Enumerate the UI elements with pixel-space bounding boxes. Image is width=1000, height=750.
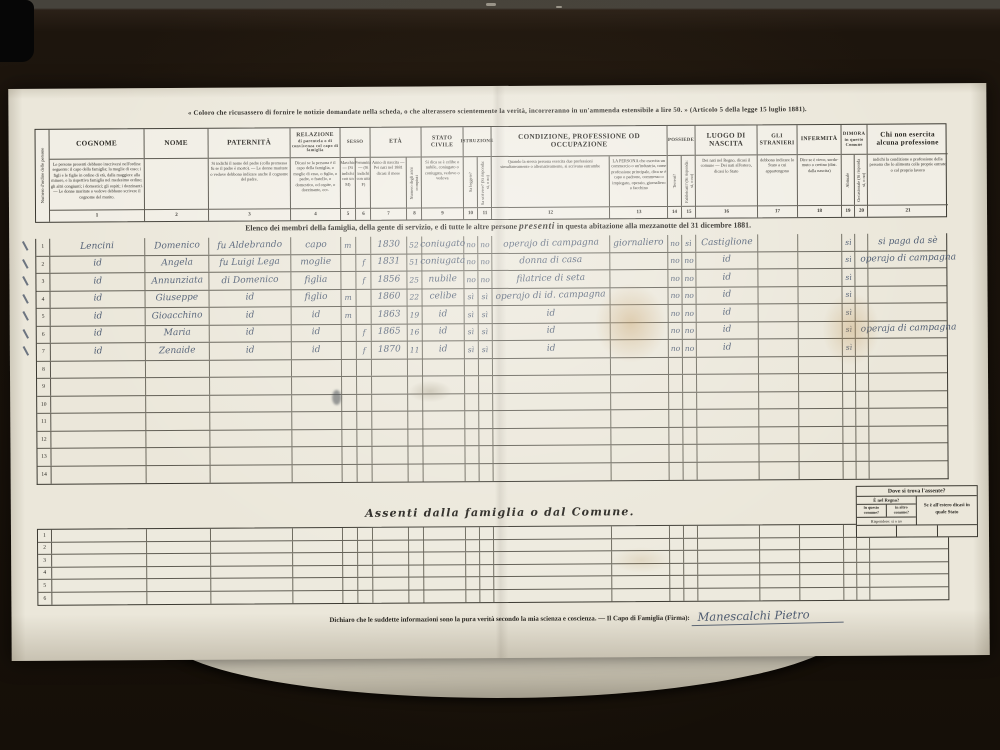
cell [760,550,800,562]
handwritten-entry: donna di casa [519,256,582,266]
cell [800,550,844,562]
cell: id [493,305,611,322]
cell: celibe [422,289,464,306]
cell: sì [843,339,856,356]
margin-ink-tick [22,276,29,286]
cell [493,358,611,375]
cell: 1860 [371,289,407,306]
cell: id [697,339,759,356]
handwritten-entry: id [246,311,255,320]
cell: m [341,289,356,306]
row-number: 2 [36,256,50,273]
cell [147,529,211,541]
cell [760,575,800,587]
cell [480,540,494,552]
column-group: SESSOMaschio — (Si indichi con un M)Femm… [341,128,372,220]
handwritten-entry: 1831 [377,258,400,268]
cell: figlia [291,272,341,289]
cell: id [493,340,611,357]
cell [610,252,668,269]
handwritten-entry: sì [846,326,852,334]
handwritten-entry: sì [468,311,474,319]
row-number: 12 [37,431,51,448]
cell [52,466,147,484]
cell: sì [842,269,855,286]
column-number: 2 [145,210,208,221]
handwritten-entry: 51 [409,258,419,266]
cell [424,590,466,603]
handwritten-entry: operaja di campagna [861,324,957,335]
row-number: 13 [37,449,51,466]
handwritten-entry: Zenaide [159,346,196,356]
column-group: DIMORAin questo ComuneAbitualeOccasional… [841,125,868,217]
cell: sì [465,341,479,358]
cell: id [51,308,146,325]
cell: no [464,236,478,253]
absent-location-box: Dove si trova l'assente? È nel Regno? in… [856,485,978,537]
cell [683,357,697,374]
cell: f [356,272,371,289]
handwritten-entry: id [93,330,102,339]
caption-post: in questa abitazione alla mezzanotte del… [555,220,751,230]
cell: no [464,254,478,271]
cell [844,550,857,562]
cell [494,564,612,576]
cell: no [668,235,682,252]
cell [493,410,611,427]
cell [844,461,857,479]
handwritten-entry: sì [845,291,851,299]
cell [358,528,373,540]
cell [800,575,844,587]
cell [373,565,409,577]
cell [146,360,210,377]
handwritten-entry: f [362,276,365,284]
handwritten-entry: id [722,273,731,282]
handwritten-entry: sì [845,273,851,281]
handwritten-entry: id [312,346,321,355]
margin-ink-tick [22,311,29,321]
cell: id [292,324,342,341]
cell [51,413,146,430]
cell [759,374,799,391]
cell: sì [479,306,493,323]
handwritten-entry: moglie [300,258,331,268]
margin-ink-tick [22,241,29,251]
column-number: 19 [842,206,855,217]
cell: no [478,236,492,253]
handwritten-entry: m [345,241,352,249]
absent-box-regno-group: È nel Regno? in questo comune? in altro … [857,496,917,524]
cell [669,357,683,374]
handwritten-entry: id [246,329,255,338]
cell [372,377,408,394]
cell [52,592,147,605]
cell [147,566,211,578]
handwritten-entry: id [723,308,732,317]
cell [292,412,342,429]
cell: sì [464,289,478,306]
cell [341,254,356,271]
cell [372,412,408,429]
cell [844,562,857,574]
cell: id [697,304,759,321]
cell [357,412,372,429]
cell [855,286,868,303]
cell [293,590,343,603]
column-desc: Maschio — (Si indichi con un M) [341,158,356,208]
handwritten-entry: coniugato [420,240,465,250]
cell [342,394,357,411]
cell [669,392,683,409]
cell: 1831 [371,254,407,271]
handwritten-entry: id [547,344,556,353]
cell: Zenaide [146,343,210,360]
column-2: NOME2 [145,129,210,221]
cell [760,588,800,601]
column-number: 7 [371,209,407,220]
cell [424,464,466,482]
handwritten-entry: capo [305,241,327,251]
handwritten-entry: id [93,347,102,356]
cell [683,392,697,409]
cell: Gioacchino [146,308,210,325]
cell [493,375,611,392]
cell [697,357,759,374]
cell [799,409,843,426]
column-desc: Occasionale (Si risponda sì, o no) [855,155,868,205]
cell [466,527,480,539]
handwritten-entry: Giuseppe [156,294,199,304]
column-subtitle: di parentela o di convivenza col capo di… [292,139,339,153]
cell [480,565,494,577]
ink-blot [332,390,341,405]
cell [698,462,760,480]
handwritten-entry: id [547,309,556,318]
cell [408,446,423,463]
handwritten-entry: 1870 [378,345,401,355]
cell [292,447,342,464]
margin-ink-tick [23,329,30,339]
cell [683,445,697,462]
absent-box-abroad: Se è all'estero dicasi in quale Stato [917,496,977,524]
cell [479,359,493,376]
cell [343,528,358,540]
cell: f [356,254,371,271]
row-number: 1 [38,530,52,542]
handwritten-entry: id [312,311,321,320]
cell [494,589,612,602]
cell [493,428,611,445]
cell: sì [842,286,855,303]
handwritten-entry: no [684,257,694,265]
cell [856,426,869,443]
cell [423,376,465,393]
cell [466,565,480,577]
cell: sì [682,235,696,252]
cell [799,426,843,443]
handwritten-entry: sì [482,311,488,319]
handwritten-entry: id [439,310,448,319]
cell: sì [843,304,856,321]
cell: sì [843,321,856,338]
handwritten-entry: no [480,240,490,248]
column-number: 4 [291,209,340,220]
handwritten-entry: di Domenico [221,276,278,286]
column-group: ETÀAnno di nascita — Pei nati nel 1881 d… [371,127,423,219]
cell [759,357,799,374]
cell [870,587,950,600]
handwritten-entry: id [547,327,556,336]
cell [373,553,409,565]
cell [684,563,698,575]
column-number: 13 [610,207,668,218]
absent-box-empty-cells [857,524,977,537]
row-number: 4 [36,291,50,308]
cell [493,445,611,462]
column-title: POSSIEDE [668,126,695,156]
handwritten-entry: filatrice di seta [516,274,585,285]
column-desc: Sa scrivere? (Si risponda: sì, o no) [478,157,492,207]
absent-section-caption: Assenti dalla famiglia o dal Comune. [11,503,989,522]
cell [758,252,798,269]
cell [211,578,293,590]
cell [670,538,684,550]
cell: Annunziata [145,273,209,290]
photo-clip [0,0,34,62]
cell [51,378,146,395]
cell [610,287,668,304]
margin-ink-tick [22,294,29,304]
column-desc: Numero degli anni compiuti [407,157,422,207]
cell [869,408,949,425]
census-table-header: Numero d'ordine delle personeCOGNOMELe p… [35,123,948,223]
cell [408,429,423,446]
handwritten-entry: giornaliero [613,238,664,248]
cell [146,395,210,412]
cell [52,554,147,566]
cell [869,391,949,408]
cell [372,447,408,464]
column-desc: Femmina — (Si indichi con una F) [356,158,371,208]
cell [494,526,612,538]
cell [480,527,494,539]
cell [800,461,844,479]
cell [423,446,465,463]
cell [870,537,950,549]
cell [798,234,842,251]
column-number: 5 [341,209,356,220]
handwritten-entry: 16 [410,328,420,336]
photo-speck [556,6,562,8]
cell: no [669,305,683,322]
cell: m [341,237,356,254]
column-desc: Dicasi se la persona è il capo della fam… [291,158,340,208]
cell [799,374,843,391]
head-of-family-signature: Manescalchi Pietro [691,607,844,627]
cell [51,361,146,378]
cell [466,577,480,589]
cell [758,234,798,251]
cell [357,447,372,464]
cell [612,563,670,575]
cell [409,552,424,564]
column-4: RELAZIONEdi parentela o di convivenza co… [291,128,342,220]
cell [146,448,210,465]
cell [494,576,612,588]
cell [357,394,372,411]
handwritten-entry: sì [845,256,851,264]
row-number: 5 [38,580,52,592]
cell [799,304,843,321]
cell [669,375,683,392]
caption-pre: Elenco dei membri della famiglia, della … [245,222,519,233]
column-desc: Abituale [842,155,855,205]
cell [358,565,373,577]
handwritten-entry: no [684,327,694,335]
cell: no [478,254,492,271]
absent-box-respond: Rispondere: sì o no [857,516,916,524]
cell [342,324,357,341]
cell: id [292,342,342,359]
column-number: 1 [50,210,144,222]
handwritten-entry: Maria [164,329,191,339]
column-title: INFERMITÀ [797,125,840,155]
cell [466,552,480,564]
margin-ink-tick [22,259,29,269]
cell [210,430,292,447]
declaration-text: Dichiaro che le suddette informazioni so… [329,615,689,624]
cell: fu Luigi Lega [209,255,291,272]
cell [479,446,493,463]
handwritten-entry: f [362,329,365,337]
cell: no [683,322,697,339]
cell [856,304,869,321]
cell [800,562,844,574]
cell [683,375,697,392]
cell [611,427,669,444]
declaration-line: Dichiaro che le suddette informazioni so… [329,607,981,627]
column-title: SESSO [341,128,370,158]
cell [372,394,408,411]
column-number: 12 [492,207,610,219]
cell [358,464,373,482]
cell [798,269,842,286]
handwritten-entry: id [722,256,731,265]
cell [856,409,869,426]
handwritten-entry: sì [846,343,852,351]
cell [697,444,759,461]
cell [147,554,211,566]
cell [684,588,698,601]
row-number: 6 [38,592,52,605]
handwritten-entry: Angela [161,259,193,269]
handwritten-entry: si paga da sè [878,237,938,247]
column-title: DIMORAin questo Comune [841,125,866,155]
handwritten-entry: no [466,258,476,266]
column-title: Chi non esercita alcuna professione [867,124,947,154]
handwritten-entry: Annunziata [151,276,203,286]
cell [670,462,684,480]
absent-table-body: 123456 [37,523,949,606]
cell: 1865 [372,324,408,341]
cell: id [51,343,146,360]
column-subtitle: in questo Comune [843,138,866,147]
cell [292,429,342,446]
handwritten-entry: Domenico [154,241,200,251]
handwritten-entry: f [362,259,365,267]
absent-box-this-commune: in questo comune? [857,505,887,517]
cell [211,528,293,540]
cell [343,565,358,577]
cell [698,588,760,601]
handwritten-entry: sì [482,328,488,336]
handwritten-entry: no [684,309,694,317]
cell [52,579,147,591]
cell [857,461,870,479]
cell [465,376,479,393]
cell [669,445,683,462]
cell [870,461,950,479]
cell [343,540,358,552]
cell [341,272,356,289]
cell [670,576,684,588]
cell [479,376,493,393]
row-number: 9 [37,379,51,396]
cell: operaja di campagna [869,321,949,338]
handwritten-entry: id [723,343,732,352]
cell [612,576,670,588]
row-number: 7 [37,344,51,361]
cell [147,579,211,591]
cell [610,270,668,287]
handwritten-entry: m [345,311,352,319]
handwritten-entry: id [93,260,102,269]
cell: id [696,287,758,304]
handwritten-entry: sì [686,239,692,247]
handwritten-entry: no [670,274,680,282]
column-desc [145,159,208,209]
cell [409,565,424,577]
cell: no [669,340,683,357]
cell [408,394,423,411]
handwritten-entry: id [93,277,102,286]
column-number: 18 [798,206,841,217]
handwritten-entry: 22 [410,293,420,301]
cell [856,339,869,356]
cell: 1870 [372,342,408,359]
handwritten-entry: 1830 [377,240,400,250]
column-desc: debbono indicare lo Stato a cui apparten… [758,155,797,205]
column-number: 3 [209,209,290,220]
cell [855,269,868,286]
cell: id [423,341,465,358]
cell [697,392,759,409]
cell: m [342,307,357,324]
handwritten-entry: 1860 [377,293,400,303]
column-title: ISTRUZIONE [464,127,491,157]
cell [843,374,856,391]
cell [759,339,799,356]
cell [466,464,480,482]
cell: operajo di campagna [868,251,948,268]
handwritten-entry: no [466,276,476,284]
cell [357,359,372,376]
handwritten-entry: no [480,258,490,266]
cell: giornaliero [610,235,668,252]
cell [759,444,799,461]
cell [856,374,869,391]
